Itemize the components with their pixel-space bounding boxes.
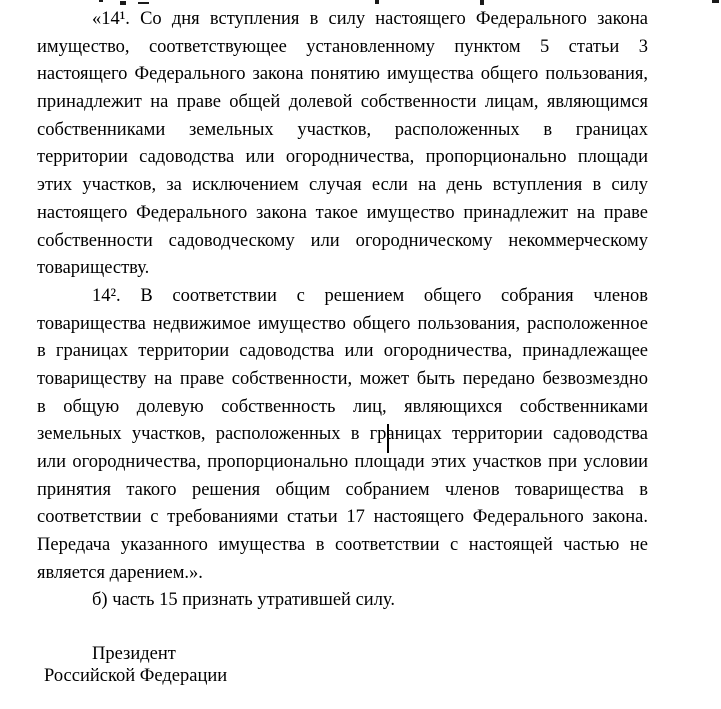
text-line[interactable]: или огородничества, пропорционально площ… xyxy=(37,449,648,477)
document-body: «14¹. Со дня вступления в силу настоящег… xyxy=(37,6,648,687)
text-line[interactable]: собственниками земельных участков, распо… xyxy=(37,117,648,145)
text-line[interactable]: принятия такого решения общим собранием … xyxy=(37,477,648,505)
cutoff-text-fragment xyxy=(480,0,484,5)
text-line[interactable]: соответствии с требованиями статьи 17 на… xyxy=(37,504,648,532)
paragraph-point-14-2: 14². В соответствии с решением общего со… xyxy=(37,283,648,588)
text-line[interactable]: принадлежит на праве общей долевой собст… xyxy=(37,89,648,117)
text-line[interactable]: в границах территории садоводства или ог… xyxy=(37,338,648,366)
text-line[interactable]: настоящего Федерального закона такое иму… xyxy=(37,200,648,228)
cutoff-text-fragment xyxy=(99,0,103,2)
text-line[interactable]: собственности садоводческому или огородн… xyxy=(37,228,648,256)
signature-title-line[interactable]: Президент xyxy=(37,643,648,665)
document-page[interactable]: «14¹. Со дня вступления в силу настоящег… xyxy=(0,0,721,709)
text-line[interactable]: настоящего Федерального закона понятию и… xyxy=(37,61,648,89)
text-line[interactable]: является дарением.». xyxy=(37,560,648,588)
paragraph-subpoint-b: б) часть 15 признать утратившей силу. xyxy=(37,587,648,615)
text-line[interactable]: в общую долевую собственность лиц, являю… xyxy=(37,394,648,422)
cutoff-text-fragment xyxy=(138,2,149,4)
paragraph-point-14-1: «14¹. Со дня вступления в силу настоящег… xyxy=(37,6,648,283)
text-cursor-caret xyxy=(387,424,389,453)
text-line[interactable]: этих участков, за исключением случая есл… xyxy=(37,172,648,200)
text-line[interactable]: 14². В соответствии с решением общего со… xyxy=(37,283,648,311)
text-line[interactable]: «14¹. Со дня вступления в силу настоящег… xyxy=(37,6,648,34)
text-line[interactable]: товариществу. xyxy=(37,255,648,283)
cutoff-text-fragment xyxy=(375,0,379,4)
text-line[interactable]: товариществу на праве собственности, мож… xyxy=(37,366,648,394)
text-line[interactable]: имущество, соответствующее установленном… xyxy=(37,34,648,62)
cutoff-text-fragment xyxy=(120,1,126,5)
blank-line xyxy=(37,615,648,643)
signature-block: Президент Российской Федерации xyxy=(37,643,648,687)
signature-entity-line[interactable]: Российской Федерации xyxy=(37,665,648,687)
text-line[interactable]: б) часть 15 признать утратившей силу. xyxy=(37,587,648,615)
text-line[interactable]: Передача указанного имущества в соответс… xyxy=(37,532,648,560)
text-line[interactable]: земельных участков, расположенных в гран… xyxy=(37,421,648,449)
text-line[interactable]: товарищества недвижимое имущество общего… xyxy=(37,311,648,339)
text-line[interactable]: территории садоводства или огородничеств… xyxy=(37,144,648,172)
cutoff-text-fragment xyxy=(712,0,719,3)
